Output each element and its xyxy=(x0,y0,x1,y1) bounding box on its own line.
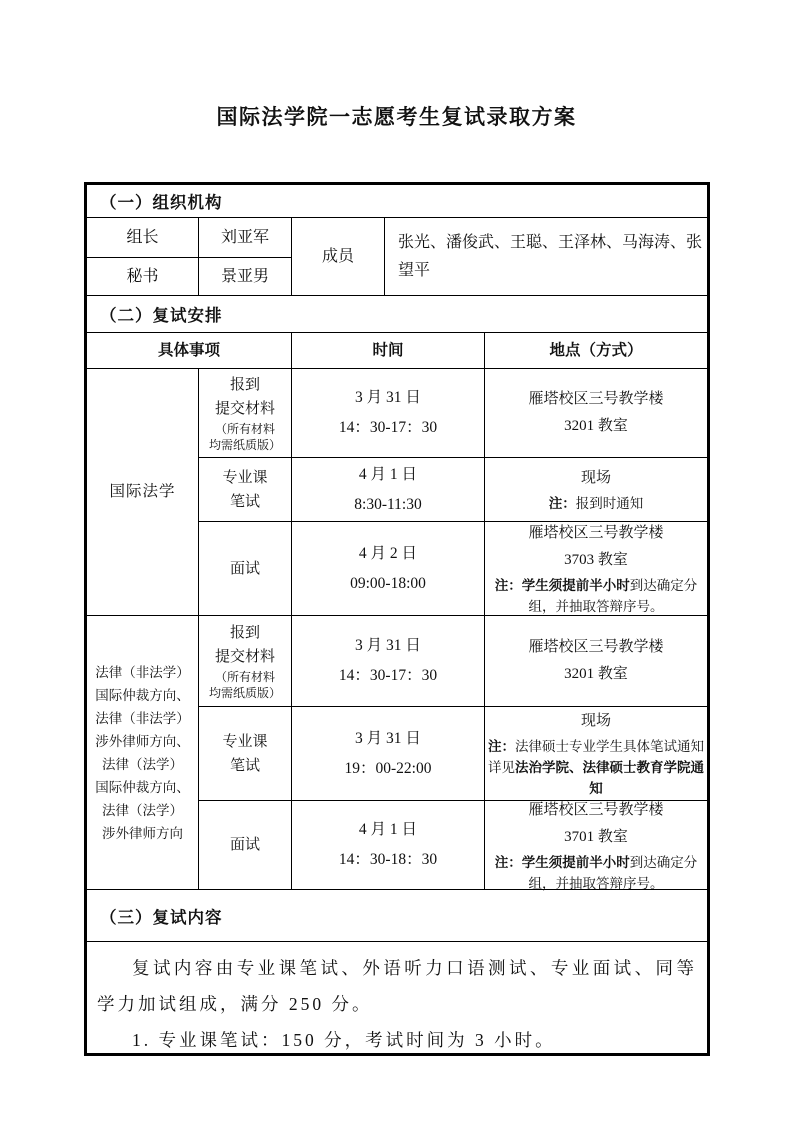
g1-r3-place: 雁塔校区三号教学楼 3703 教室 注：学生须提前半小时到达确定分组，并抽取答辩… xyxy=(485,522,707,616)
g1-r1-item: 报到 提交材料 （所有材料 均需纸质版） xyxy=(199,369,292,458)
content-paragraph-1: 复试内容由专业课笔试、外语听力口语测试、专业面试、同等学力加试组成，满分 250… xyxy=(97,950,697,1022)
document-title: 国际法学院一志愿考生复试录取方案 xyxy=(0,101,793,131)
org-members-label: 成员 xyxy=(292,218,385,296)
group-2-name: 法律（非法学） 国际仲裁方向、 法律（非法学） 涉外律师方向、 法律（法学） 国… xyxy=(87,616,199,890)
g1-r2-note: 注：报到时通知 xyxy=(549,493,644,514)
g1-r3-item: 面试 xyxy=(199,522,292,616)
main-table: （一）组织机构 组长 刘亚军 成员 张光、潘俊武、王聪、王泽林、马海涛、张望平 … xyxy=(84,182,710,1056)
org-secretary-name: 景亚男 xyxy=(199,258,292,296)
g2-r2-time: 3 月 31 日 19：00-22:00 xyxy=(292,707,485,801)
g2-r1-place: 雁塔校区三号教学楼 3201 教室 xyxy=(485,616,707,707)
g1-r3-time: 4 月 2 日 09:00-18:00 xyxy=(292,522,485,616)
org-secretary-label: 秘书 xyxy=(87,258,199,296)
g1-r2-time: 4 月 1 日 8:30-11:30 xyxy=(292,458,485,522)
org-table: 组长 刘亚军 成员 张光、潘俊武、王聪、王泽林、马海涛、张望平 秘书 景亚男 xyxy=(87,218,707,296)
section-3-heading: （三）复试内容 xyxy=(87,890,707,942)
g2-r1-item: 报到 提交材料 （所有材料 均需纸质版） xyxy=(199,616,292,707)
org-leader-label: 组长 xyxy=(87,218,199,258)
group-1-name: 国际法学 xyxy=(87,369,199,616)
document-page: 国际法学院一志愿考生复试录取方案 （一）组织机构 组长 刘亚军 成员 张光、潘俊… xyxy=(0,0,793,1122)
g2-r3-time: 4 月 1 日 14：30-18：30 xyxy=(292,801,485,890)
col-header-place: 地点（方式） xyxy=(485,333,707,369)
schedule-header-row: 具体事项 时间 地点（方式） xyxy=(87,333,707,369)
g2-r2-place: 现场 注：法律硕士专业学生具体笔试通知详见法治学院、法律硕士教育学院通知 xyxy=(485,707,707,801)
g2-r3-item: 面试 xyxy=(199,801,292,890)
col-header-time: 时间 xyxy=(292,333,485,369)
g2-r2-note: 注：法律硕士专业学生具体笔试通知详见法治学院、法律硕士教育学院通知 xyxy=(488,736,704,799)
g1-r2-item: 专业课 笔试 xyxy=(199,458,292,522)
g1-r1-time: 3 月 31 日 14：30-17：30 xyxy=(292,369,485,458)
g2-r1-time: 3 月 31 日 14：30-17：30 xyxy=(292,616,485,707)
g1-r3-note: 注：学生须提前半小时到达确定分组，并抽取答辩序号。 xyxy=(488,575,704,617)
section-2-heading: （二）复试安排 xyxy=(87,296,707,333)
g1-r2-place: 现场 注：报到时通知 xyxy=(485,458,707,522)
g1-r1-place: 雁塔校区三号教学楼 3201 教室 xyxy=(485,369,707,458)
g2-r2-item: 专业课 笔试 xyxy=(199,707,292,801)
org-members-list: 张光、潘俊武、王聪、王泽林、马海涛、张望平 xyxy=(385,218,707,296)
col-header-item: 具体事项 xyxy=(87,333,292,369)
section-1-heading: （一）组织机构 xyxy=(87,185,707,218)
g2-r3-note: 注：学生须提前半小时到达确定分组，并抽取答辩序号。 xyxy=(488,852,704,894)
org-leader-name: 刘亚军 xyxy=(199,218,292,258)
content-paragraphs: 复试内容由专业课笔试、外语听力口语测试、专业面试、同等学力加试组成，满分 250… xyxy=(87,942,707,1058)
schedule-body: 国际法学 报到 提交材料 （所有材料 均需纸质版） 3 月 31 日 14：30… xyxy=(87,369,707,890)
content-paragraph-2: 1. 专业课笔试：150 分，考试时间为 3 小时。 xyxy=(97,1022,697,1058)
g2-r3-place: 雁塔校区三号教学楼 3701 教室 注：学生须提前半小时到达确定分组，并抽取答辩… xyxy=(485,801,707,890)
